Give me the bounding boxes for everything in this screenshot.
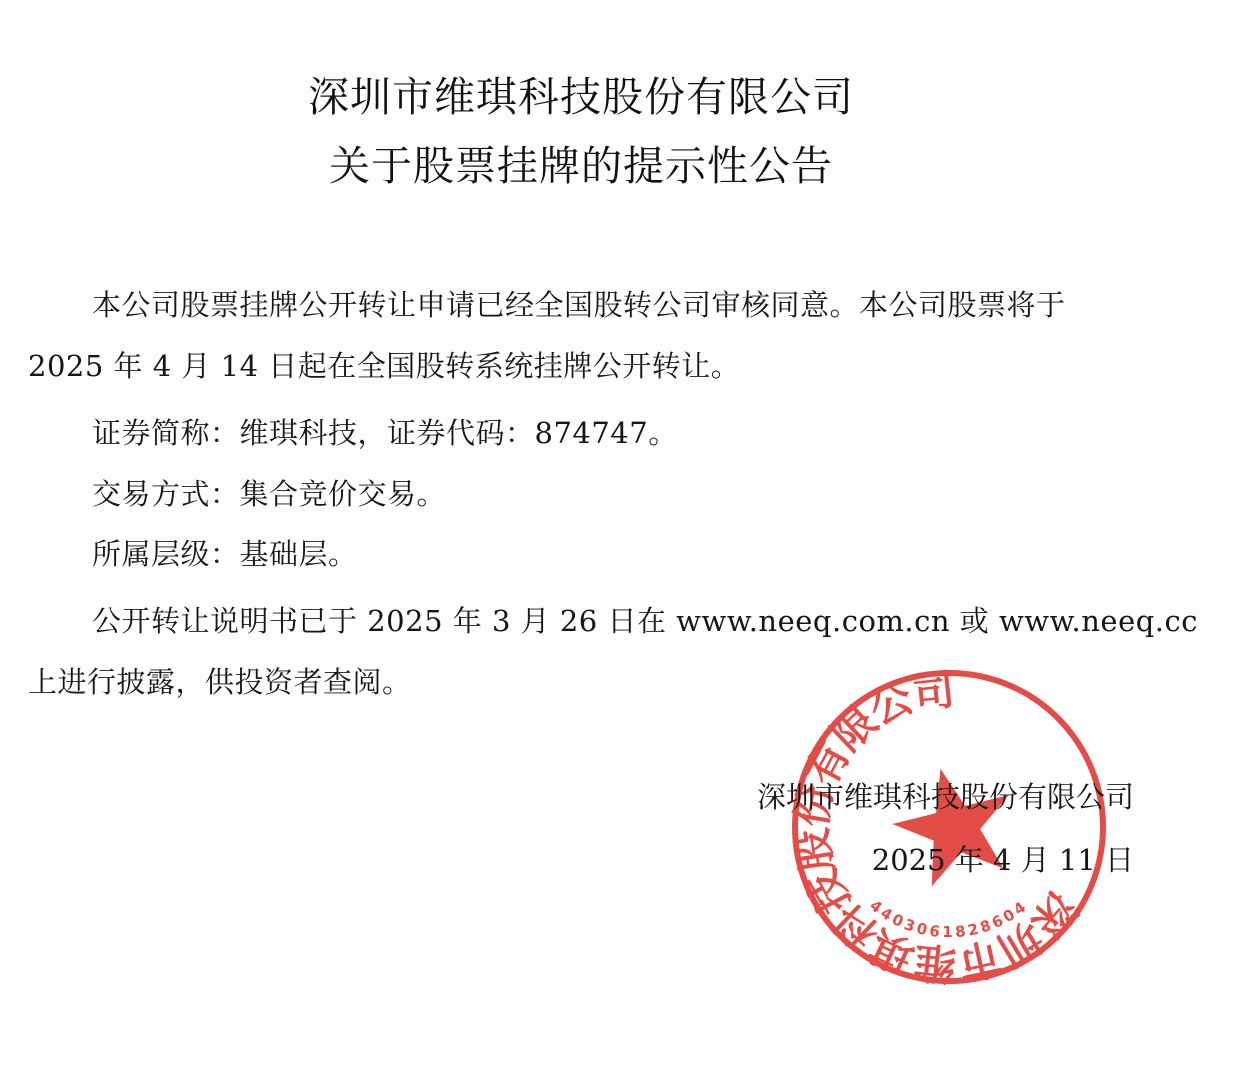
signature-date: 2025 年 4 月 11 日 [872, 838, 1134, 879]
document-title-company: 深圳市维琪科技股份有限公司 [0, 64, 1162, 123]
paragraph-tier: 所属层级：基础层。 [92, 532, 358, 573]
paragraph-security-info: 证券简称：维琪科技，证券代码：874747。 [92, 411, 678, 452]
paragraph-prospectus-line-1: 公开转让说明书已于 2025 年 3 月 26 日在 www.neeq.com.… [92, 599, 1198, 640]
paragraph-prospectus-line-2: 上进行披露，供投资者查阅。 [28, 660, 412, 701]
paragraph-trading-method: 交易方式：集合竞价交易。 [92, 472, 446, 513]
paragraph-listing-approval-line-2: 2025 年 4 月 14 日起在全国股转系统挂牌公开转让。 [28, 344, 740, 385]
seal-icon: 深圳市维琪科技股份有限公司 4403061828604 [789, 667, 1109, 987]
signature-company: 深圳市维琪科技股份有限公司 [757, 775, 1134, 816]
paragraph-listing-approval-line-1: 本公司股票挂牌公开转让申请已经全国股转公司审核同意。本公司股票将于 [92, 283, 1066, 324]
document-title-subject: 关于股票挂牌的提示性公告 [0, 133, 1162, 192]
company-seal-stamp: 深圳市维琪科技股份有限公司 4403061828604 [789, 667, 1109, 987]
